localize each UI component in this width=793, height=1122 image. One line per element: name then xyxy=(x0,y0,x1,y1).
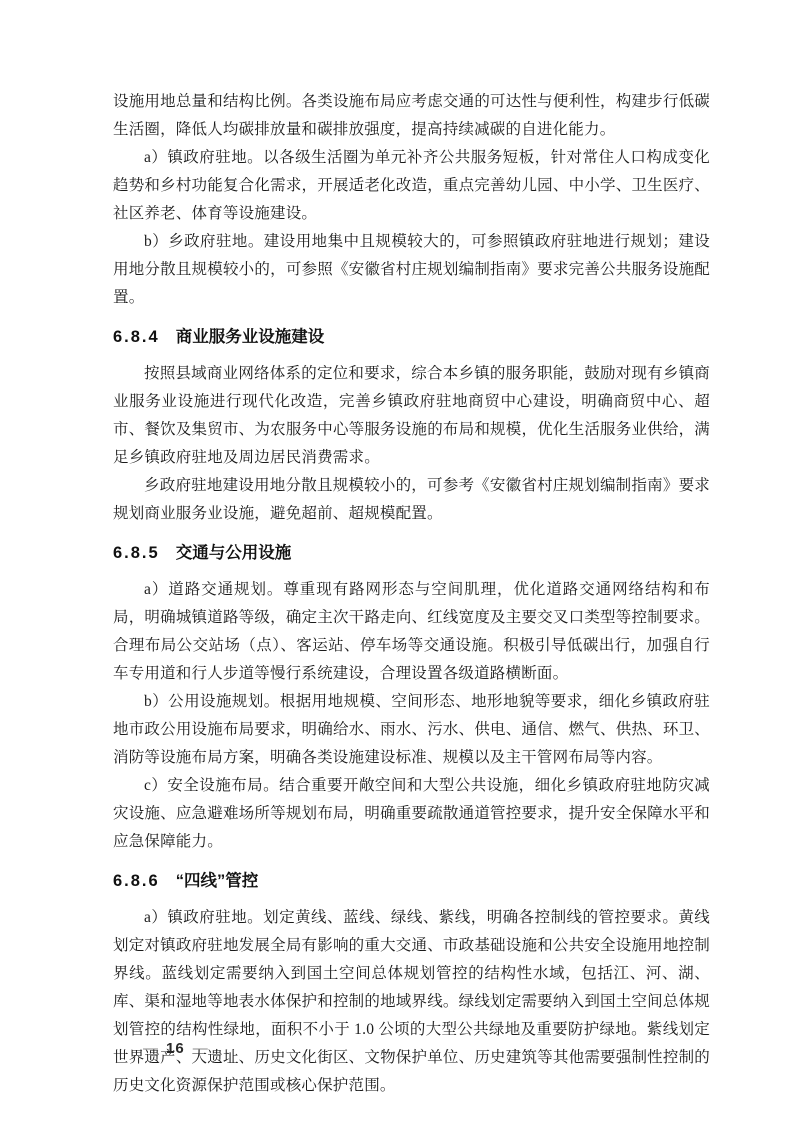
paragraph-commercial-2: 乡政府驻地建设用地分散且规模较小的，可参考《安徽省村庄规划编制指南》要求规划商业… xyxy=(113,472,710,528)
section-heading-686: 6.8.6“四线”管控 xyxy=(113,868,710,894)
document-page: 设施用地总量和结构比例。各类设施布局应考虑交通的可达性与便利性，构建步行低碳生活… xyxy=(0,0,793,1122)
paragraph-road-traffic: a）道路交通规划。尊重现有路网形态与空间肌理，优化道路交通网络结构和布局，明确城… xyxy=(113,576,710,688)
paragraph-public-utilities: b）公用设施规划。根据用地规模、空间形态、地形地貌等要求，细化乡镇政府驻地市政公… xyxy=(113,688,710,772)
section-number: 6.8.4 xyxy=(113,328,160,346)
paragraph-item-a-town: a）镇政府驻地。以各级生活圈为单元补齐公共服务短板，针对常住人口构成变化趋势和乡… xyxy=(113,144,710,228)
footer-dash-right: — xyxy=(193,1040,208,1057)
paragraph-safety-facilities: c）安全设施布局。结合重要开敞空间和大型公共设施，细化乡镇政府驻地防灾减灾设施、… xyxy=(113,772,710,856)
paragraph-continuation: 设施用地总量和结构比例。各类设施布局应考虑交通的可达性与便利性，构建步行低碳生活… xyxy=(113,88,710,144)
section-title: “四线”管控 xyxy=(176,872,259,890)
section-number: 6.8.5 xyxy=(113,544,160,562)
section-number: 6.8.6 xyxy=(113,872,160,890)
paragraph-four-lines-control: a）镇政府驻地。划定黄线、蓝线、绿线、紫线，明确各控制线的管控要求。黄线划定对镇… xyxy=(113,904,710,1100)
paragraph-commercial-1: 按照县域商业网络体系的定位和要求，综合本乡镇的服务职能，鼓励对现有乡镇商业服务业… xyxy=(113,360,710,472)
section-title: 交通与公用设施 xyxy=(176,544,292,562)
footer-dash-left: — xyxy=(143,1040,158,1057)
page-footer: —16— xyxy=(135,1040,216,1057)
section-heading-684: 6.8.4商业服务业设施建设 xyxy=(113,324,710,350)
paragraph-item-b-township: b）乡政府驻地。建设用地集中且规模较大的，可参照镇政府驻地进行规划；建设用地分散… xyxy=(113,228,710,312)
section-heading-685: 6.8.5交通与公用设施 xyxy=(113,540,710,566)
page-number: 16 xyxy=(166,1040,185,1057)
section-title: 商业服务业设施建设 xyxy=(176,328,325,346)
page-content: 设施用地总量和结构比例。各类设施布局应考虑交通的可达性与便利性，构建步行低碳生活… xyxy=(113,88,710,1100)
